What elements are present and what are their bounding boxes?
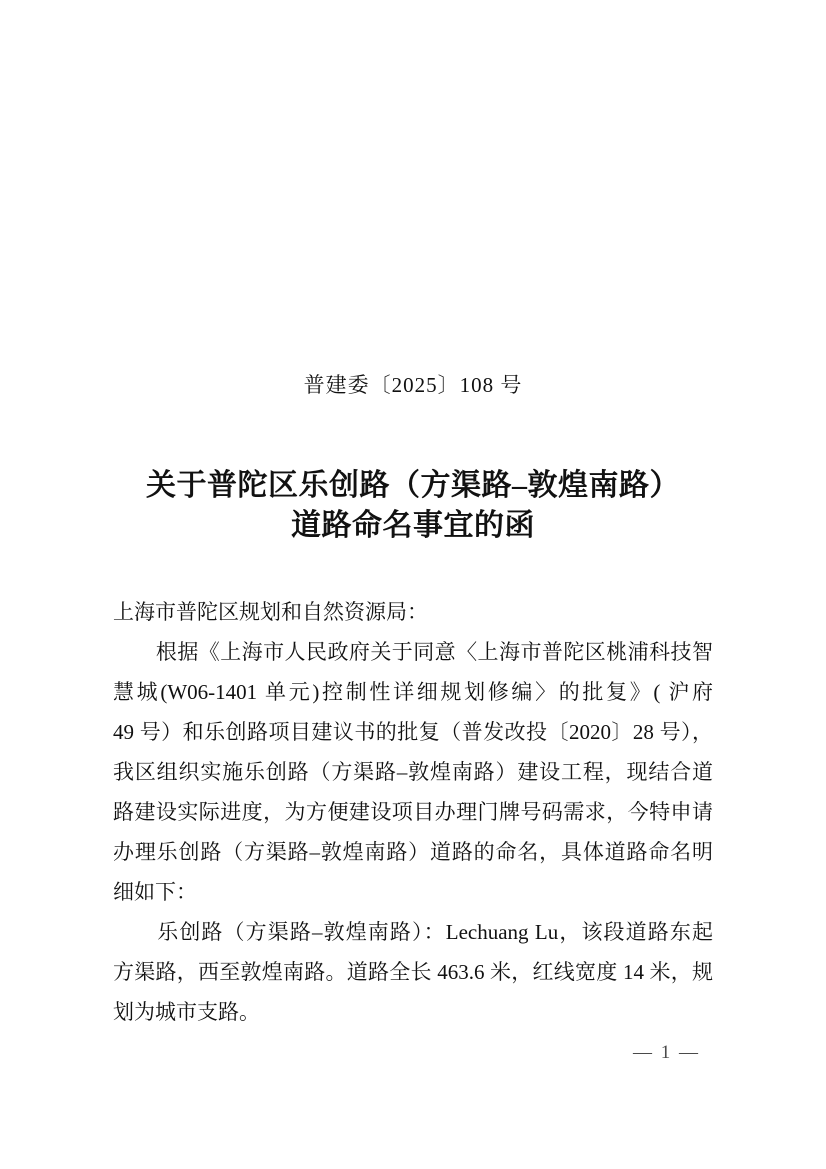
document-number: 普建委〔2025〕108 号 [0, 372, 826, 398]
page-number: — 1 — [633, 1042, 700, 1064]
body-line: 方渠路，西至敦煌南路。道路全长 463.6 米，红线宽度 14 米，规 [113, 952, 713, 992]
salutation-line: 上海市普陀区规划和自然资源局： [113, 592, 713, 632]
body-line: 慧城(W06-1401 单元)控制性详细规划修编〉的批复》( 沪府〔2016〕 [113, 672, 713, 712]
document-title-line-1: 关于普陀区乐创路（方渠路–敦煌南路） [0, 466, 826, 506]
body-line: 路建设实际进度，为方便建设项目办理门牌号码需求，今特申请 [113, 792, 713, 832]
body-line: 乐创路（方渠路–敦煌南路）：Lechuang Lu，该段道路东起 [113, 912, 713, 952]
body-line: 49 号）和乐创路项目建议书的批复（普发改投〔2020〕28 号）， [113, 712, 713, 752]
document-title: 关于普陀区乐创路（方渠路–敦煌南路） 道路命名事宜的函 [0, 466, 826, 546]
body-line: 细如下： [113, 872, 713, 912]
body-line: 办理乐创路（方渠路–敦煌南路）道路的命名，具体道路命名明 [113, 832, 713, 872]
document-page: 普建委〔2025〕108 号 关于普陀区乐创路（方渠路–敦煌南路） 道路命名事宜… [0, 0, 826, 1169]
body-line: 根据《上海市人民政府关于同意〈上海市普陀区桃浦科技智 [113, 632, 713, 672]
document-body: 上海市普陀区规划和自然资源局： 根据《上海市人民政府关于同意〈上海市普陀区桃浦科… [113, 592, 713, 1032]
document-title-line-2: 道路命名事宜的函 [0, 506, 826, 546]
body-line: 我区组织实施乐创路（方渠路–敦煌南路）建设工程，现结合道 [113, 752, 713, 792]
body-line: 划为城市支路。 [113, 992, 713, 1032]
